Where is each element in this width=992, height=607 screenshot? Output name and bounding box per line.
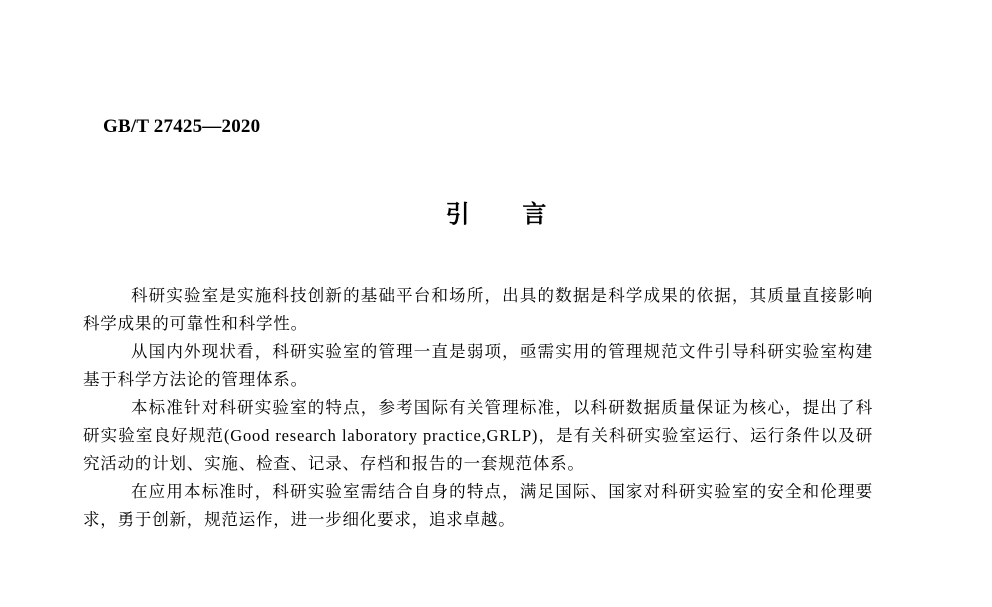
section-title-text: 引言 (393, 201, 599, 228)
document-page: GB/T 27425—2020 引言 科研实验室是实施科技创新的基础平台和场所，… (0, 0, 992, 607)
paragraph-4: 在应用本标准时，科研实验室需结合自身的特点，满足国际、国家对科研实验室的安全和伦… (83, 478, 873, 534)
section-title: 引言 (0, 199, 992, 231)
paragraph-3: 本标准针对科研实验室的特点，参考国际有关管理标准，以科研数据质量保证为核心，提出… (83, 394, 873, 478)
paragraph-2: 从国内外现状看，科研实验室的管理一直是弱项，亟需实用的管理规范文件引导科研实验室… (83, 338, 873, 394)
standard-number: GB/T 27425—2020 (103, 116, 260, 138)
paragraph-1: 科研实验室是实施科技创新的基础平台和场所，出具的数据是科学成果的依据，其质量直接… (83, 282, 873, 338)
body-text: 科研实验室是实施科技创新的基础平台和场所，出具的数据是科学成果的依据，其质量直接… (83, 282, 873, 534)
